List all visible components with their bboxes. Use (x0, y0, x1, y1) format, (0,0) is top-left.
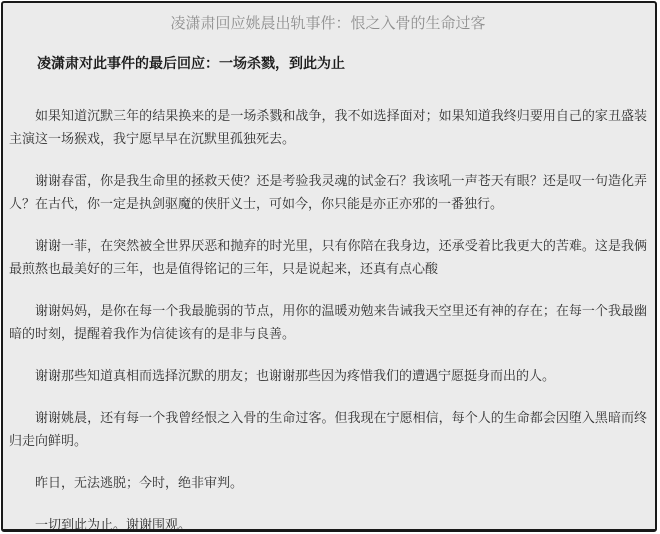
article-frame: 凌潇肃回应姚晨出轨事件：恨之入骨的生命过客 凌潇肃对此事件的最后回应：一场杀戮，… (1, 1, 657, 532)
article-paragraph: 一切到此为止。谢谢围观。 (9, 513, 647, 532)
article-paragraph: 如果知道沉默三年的结果换来的是一场杀戮和战争，我不如选择面对；如果知道我终归要用… (9, 104, 647, 150)
article-paragraph: 谢谢姚晨，还有每一个我曾经恨之入骨的生命过客。但我现在宁愿相信，每个人的生命都会… (9, 406, 647, 452)
article-heading: 凌潇肃对此事件的最后回应：一场杀戮，到此为止 (9, 52, 647, 75)
article-paragraph: 谢谢一菲，在突然被全世界厌恶和抛弃的时光里，只有你陪在我身边，还承受着比我更大的… (9, 234, 647, 280)
article-paragraph: 谢谢春雷，你是我生命里的拯救天使？还是考验我灵魂的试金石？我该吼一声苍天有眼？还… (9, 169, 647, 215)
article-title: 凌潇肃回应姚晨出轨事件：恨之入骨的生命过客 (9, 14, 647, 34)
article-paragraph: 昨日，无法逃脱；今时，绝非审判。 (9, 471, 647, 494)
article-paragraph: 谢谢妈妈，是你在每一个我最脆弱的节点，用你的温暖劝勉来告诫我天空里还有神的存在；… (9, 299, 647, 345)
article-content: 凌潇肃回应姚晨出轨事件：恨之入骨的生命过客 凌潇肃对此事件的最后回应：一场杀戮，… (3, 3, 655, 532)
article-paragraph: 谢谢那些知道真相而选择沉默的朋友；也谢谢那些因为疼惜我们的遭遇宁愿挺身而出的人。 (9, 364, 647, 387)
